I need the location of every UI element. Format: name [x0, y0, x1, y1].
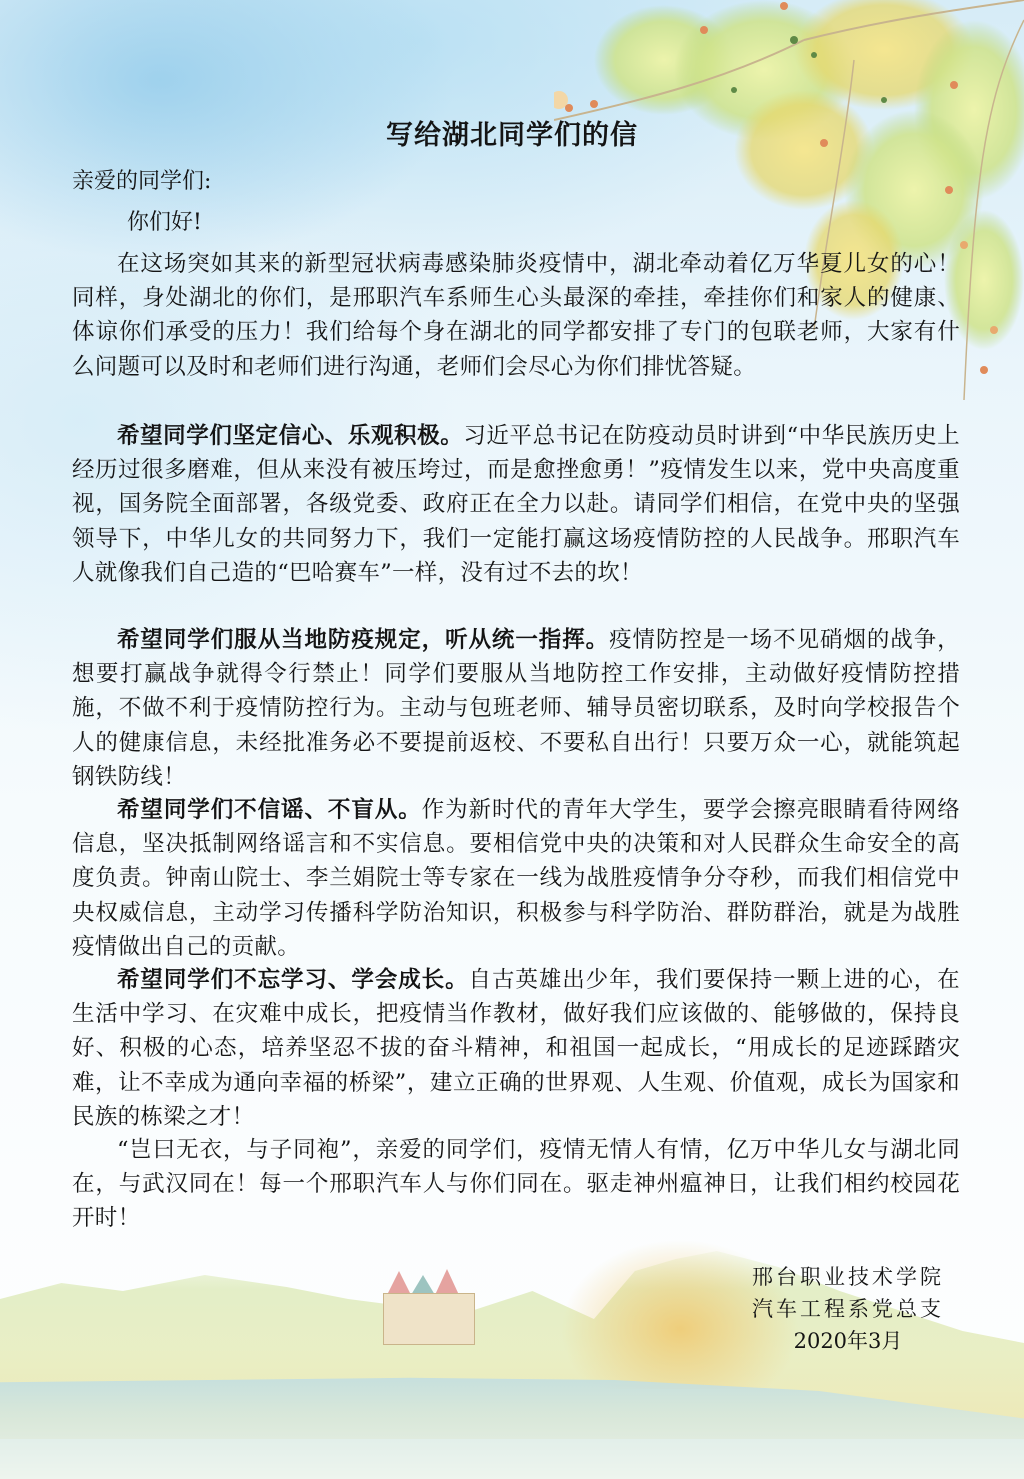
signature-date: 2020年3月 [738, 1326, 958, 1356]
signature-organization: 邢台职业技术学院 [738, 1262, 958, 1292]
paragraph-closing: “岂曰无衣，与子同袍”，亲爱的同学们，疫情无情人有情，亿万中华儿女与湖北同在，与… [72, 1133, 960, 1236]
paragraph-lead: 希望同学们不忘学习、学会成长。 [117, 967, 469, 993]
paragraph-lead: 希望同学们不信谣、不盲从。 [117, 797, 422, 823]
greeting: 你们好! [127, 205, 202, 236]
paragraph-confidence: 希望同学们坚定信心、乐观积极。习近平总书记在防疫动员时讲到“中华民族历史上经历过… [72, 419, 960, 590]
letter-title: 写给湖北同学们的信 [0, 113, 1024, 152]
paragraph-intro: 在这场突如其来的新型冠状病毒感染肺炎疫情中，湖北牵动着亿万华夏儿女的心！同样，身… [72, 247, 960, 384]
salutation: 亲爱的同学们: [72, 164, 211, 195]
castle-icon [373, 1265, 483, 1345]
paragraph-text: “岂曰无衣，与子同袍”，亲爱的同学们，疫情无情人有情，亿万中华儿女与湖北同在，与… [72, 1137, 960, 1231]
paragraph-lead: 希望同学们服从当地防疫规定，听从统一指挥。 [117, 627, 609, 653]
paragraph-text: 在这场突如其来的新型冠状病毒感染肺炎疫情中，湖北牵动着亿万华夏儿女的心！同样，身… [72, 251, 960, 380]
paragraph-no-rumors: 希望同学们不信谣、不盲从。作为新时代的青年大学生，要学会擦亮眼睛看待网络信息，坚… [72, 793, 960, 964]
lake [0, 1369, 1024, 1479]
signature-department: 汽车工程系党总支 [738, 1294, 958, 1324]
paragraph-obey-rules: 希望同学们服从当地防疫规定，听从统一指挥。疫情防控是一场不见硝烟的战争，想要打赢… [72, 623, 960, 794]
paragraph-keep-learning: 希望同学们不忘学习、学会成长。自古英雄出少年，我们要保持一颗上进的心，在生活中学… [72, 963, 960, 1134]
paragraph-lead: 希望同学们坚定信心、乐观积极。 [117, 423, 463, 449]
